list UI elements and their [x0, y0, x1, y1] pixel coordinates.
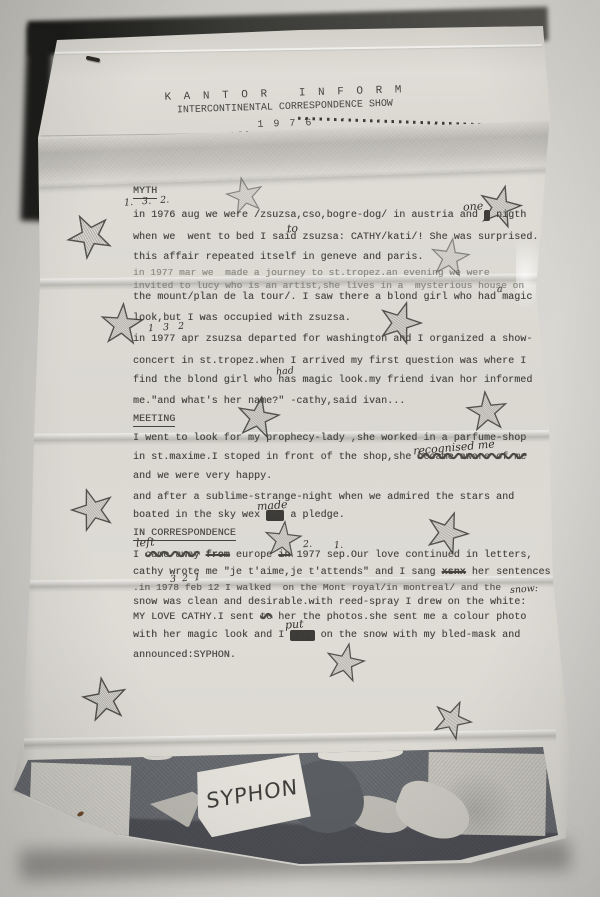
star-stamp-icon: [231, 391, 284, 444]
photo-strip-light-block-left: [29, 762, 132, 839]
typed-line: invited to lucy who is an artist,she liv…: [133, 280, 524, 291]
star-stamp-icon: [221, 172, 268, 219]
typed-line: in 1977 apr zsuzsa departed for washingt…: [133, 334, 532, 345]
typed-line: with her magic look and I xxxx on the sn…: [133, 630, 520, 641]
handwritten-note-made: made: [257, 498, 288, 513]
handwritten-note-snow: snow:: [510, 583, 539, 596]
handwritten-note-order-numbers: 3 2 1: [170, 572, 201, 585]
syphon-sign-text: SYPHON: [206, 775, 299, 814]
handwritten-note-to: to: [287, 222, 299, 236]
star-stamp-icon: [426, 234, 473, 281]
star-stamp-icon: [261, 518, 305, 562]
typed-line: MY LOVE CATHY.I sent te her the photos.s…: [133, 612, 526, 623]
typed-line: the mount/plan de la tour/. I saw there …: [133, 292, 532, 303]
star-stamp-icon: [77, 672, 133, 728]
typed-line: boated in the sky wex had a pledge.: [133, 510, 345, 521]
typed-line: this affair repeated itself in geneve an…: [133, 252, 423, 263]
typed-line: snow was clean and desirable.with reed-s…: [133, 597, 526, 608]
handwritten-note-order-number: 2.: [303, 539, 313, 551]
star-stamp-icon: [97, 300, 146, 349]
typed-line: announced:SYPHON.: [133, 650, 236, 661]
typed-line: and we were very happy.: [133, 471, 272, 482]
typed-line: and after a sublime-strange-night when w…: [133, 492, 514, 503]
handwritten-note-had: had: [276, 365, 295, 377]
typed-line: in st.maxime.I stoped in front of the sh…: [133, 452, 526, 463]
photograph-of-letter: K A N T O R I N F O R M INTERCONTINENTAL…: [0, 0, 600, 897]
star-stamp-icon: [463, 388, 511, 436]
typed-line: I came away from europe in 1977 sep.Our …: [133, 550, 532, 561]
folded-letter-paper: K A N T O R I N F O R M INTERCONTINENTAL…: [0, 0, 600, 897]
handwritten-note-put: put: [285, 617, 304, 631]
handwritten-note-left: left: [136, 535, 155, 549]
typed-line: find the blond girl who has magic look.m…: [133, 375, 532, 386]
typed-line: when we went to bed I said zsuzsa: CATHY…: [133, 232, 538, 243]
handwritten-note-order-number: 1.: [334, 540, 344, 552]
handwritten-note-a: a: [497, 284, 503, 295]
typed-line: concert in st.tropez.when I arrived my f…: [133, 356, 526, 367]
star-stamp-icon: [320, 638, 370, 688]
section-heading-meeting: MEETING: [133, 414, 175, 425]
